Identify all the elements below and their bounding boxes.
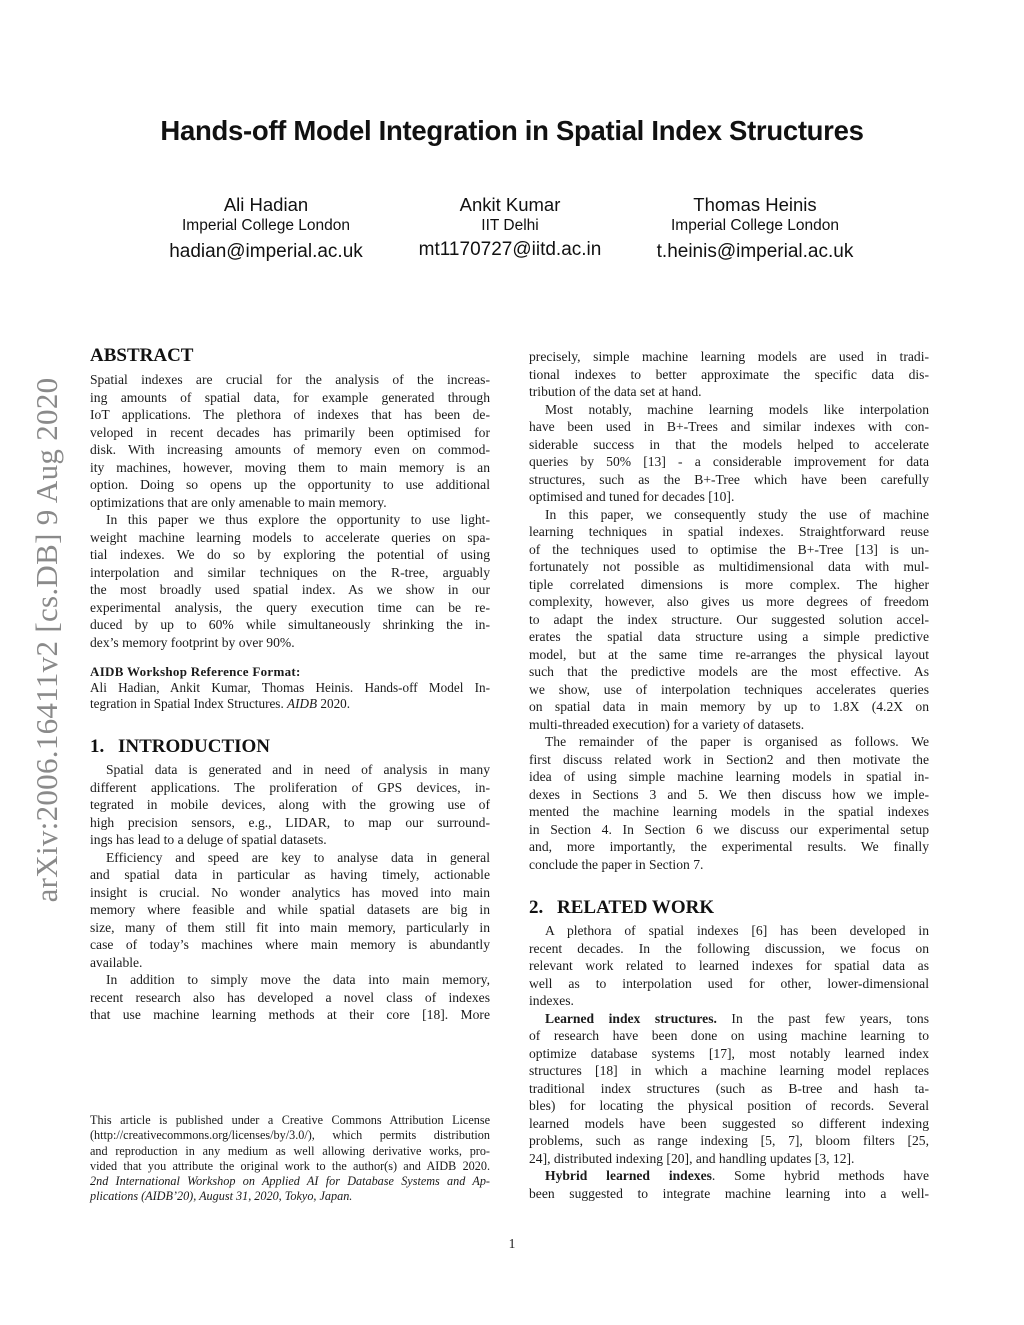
text-line: option. Doing so opens up the opportunit… [90,476,490,494]
text-line: veloped in recent decades has primarily … [90,424,490,442]
text-line: problems, such as range indexing [5, 7],… [529,1132,929,1150]
right-column: precisely, simple machine learning model… [529,348,929,1202]
text-line: mented the machine learning models in th… [529,803,929,821]
text-line: indexes. [529,992,929,1010]
text-line: This article is published under a Creati… [90,1113,490,1128]
paragraph-heading: Hybrid learned indexes [545,1168,712,1183]
text-line: different applications. The proliferatio… [90,779,490,797]
text-line: disk. With increasing amounts of memory … [90,441,490,459]
text-line: tribution of the data set at hand. [529,383,929,401]
text-line: bles) for locating the physical position… [529,1097,929,1115]
introduction-continued: precisely, simple machine learning model… [529,348,929,873]
text-line: IoT applications. The plethora of indexe… [90,406,490,424]
abstract-body: Spatial indexes are crucial for the anal… [90,371,490,651]
text-line: on spatial data in main memory by up to … [529,698,929,716]
author-email[interactable]: t.heinis@imperial.ac.uk [605,237,905,267]
text-line: In this paper we thus explore the opport… [90,511,490,529]
reference-format-heading: AIDB Workshop Reference Format: [90,663,490,680]
text-line: and, more importantly, the experimental … [529,838,929,856]
text-line: recent decades. In the following discuss… [529,940,929,958]
text-line: recent research also has developed a nov… [90,989,490,1007]
text-line: Most notably, machine learning models li… [529,401,929,419]
text-line: and reproduction in any medium as well a… [90,1144,490,1159]
text-line: erates the spatial data structure using … [529,628,929,646]
text-line: size, many of them still fit into main m… [90,919,490,937]
text-line: Efficiency and speed are key to analyse … [90,849,490,867]
text-line: tiple correlated dimensions is more comp… [529,576,929,594]
text-line: tial indexes. We do so by exploring the … [90,546,490,564]
arxiv-identifier-stamp: arXiv:2006.16411v2 [cs.DB] 9 Aug 2020 [29,378,65,903]
text-line: ity machines, however, moving them to ma… [90,459,490,477]
section-number: 1. [90,734,118,760]
text-line: A plethora of spatial indexes [6] has be… [529,922,929,940]
text-line: tegrated in mobile devices, along with t… [90,796,490,814]
text-line: 2nd International Workshop on Applied AI… [90,1174,490,1189]
left-column: ABSTRACT Spatial indexes are crucial for… [90,343,490,1024]
text-line: fortunately not possible as multidimensi… [529,558,929,576]
text-line: duced by up to 60% while simultaneously … [90,616,490,634]
venue-name: AIDB [287,696,317,711]
paper-title: Hands-off Model Integration in Spatial I… [0,115,1024,147]
text-line: we show, use of interpolation techniques… [529,681,929,699]
text-line: The remainder of the paper is organised … [529,733,929,751]
text-line: vided that you attribute the original wo… [90,1159,490,1174]
text-line: of the techniques used to optimise the B… [529,541,929,559]
introduction-heading: 1.INTRODUCTION [90,734,490,760]
text-line: tegration in Spatial Index Structures. A… [90,696,490,712]
text-line: optimised and tuned for decades [10]. [529,488,929,506]
text-line: available. [90,954,490,972]
section-title: INTRODUCTION [118,736,270,757]
text-line: optimizations that are only amenable to … [90,494,490,512]
text-line: learned models have been suggested so di… [529,1115,929,1133]
text-line: traditional index structures (such as B-… [529,1080,929,1098]
text-line: the most broadly used spatial index. As … [90,581,490,599]
text-line: In this paper, we consequently study the… [529,506,929,524]
text-line: Learned index structures. In the past fe… [529,1010,929,1028]
text-line: in Section 4. In Section 6 we discuss ou… [529,821,929,839]
section-number: 2. [529,895,557,921]
reference-text: tegration in Spatial Index Structures. [90,696,287,711]
text-line: first discuss related work in Section2 a… [529,751,929,769]
text-line: structures, such as the B+-Tree which ha… [529,471,929,489]
section-title: RELATED WORK [557,897,714,918]
text-line: been suggested to integrate machine lear… [529,1185,929,1203]
author-name: Thomas Heinis [605,193,905,217]
abstract-heading: ABSTRACT [90,343,490,369]
text-line: high precision sensors, e.g., LIDAR, to … [90,814,490,832]
text-line: conclude the paper in Section 7. [529,856,929,874]
text-line: memory where feasible and while spatial … [90,901,490,919]
text-line: well as to interpolation used for other,… [529,975,929,993]
author-block-3: Thomas Heinis Imperial College London t.… [605,193,905,267]
paragraph-heading: Learned index structures. [545,1011,717,1026]
text-line: Hybrid learned indexes. Some hybrid meth… [529,1167,929,1185]
page-number: 1 [0,1236,1024,1252]
text-line: ing amounts of spatial data, for example… [90,389,490,407]
copyright-footnote: This article is published under a Creati… [90,1113,490,1205]
paragraph-text: . Some hybrid methods have [712,1168,929,1183]
text-line: case of today’s machines where main memo… [90,936,490,954]
text-line: ings has lead to a deluge of spatial dat… [90,831,490,849]
text-line: optimize database systems [17], most not… [529,1045,929,1063]
text-line: such that the predictive models are the … [529,663,929,681]
text-line: dexes in Sections 3 and 5. We then discu… [529,786,929,804]
text-line: model, but at the same time re-arranges … [529,646,929,664]
text-line: and spatial data in particular as having… [90,866,490,884]
related-work-body: A plethora of spatial indexes [6] has be… [529,922,929,1202]
text-line: dex’s memory footprint by over 90%. [90,634,490,652]
text-line: precisely, simple machine learning model… [529,348,929,366]
text-line: siderable success in that the models hel… [529,436,929,454]
text-line: insight is crucial. No wonder analytics … [90,884,490,902]
text-line: of research have been done on using mach… [529,1027,929,1045]
reference-format: AIDB Workshop Reference Format: Ali Hadi… [90,663,490,712]
text-line: that use machine learning methods at the… [90,1006,490,1024]
text-line: multi-threaded execution) for a variety … [529,716,929,734]
text-line: to adapt the index structure. Our sugges… [529,611,929,629]
text-line: In addition to simply move the data into… [90,971,490,989]
text-line: learning techniques in spatial indexes. … [529,523,929,541]
author-affiliation: Imperial College London [605,217,905,235]
text-line: Spatial indexes are crucial for the anal… [90,371,490,389]
text-line: Ali Hadian, Ankit Kumar, Thomas Heinis. … [90,680,490,696]
text-line: relevant work related to learned indexes… [529,957,929,975]
text-line: interpolation and similar techniques on … [90,564,490,582]
related-work-heading: 2.RELATED WORK [529,895,929,921]
text-line: have been used in B+-Trees and similar i… [529,418,929,436]
text-line: structures [18] in which a machine learn… [529,1062,929,1080]
reference-year: 2020. [317,696,350,711]
license-link-line[interactable]: (http://creativecommons.org/licenses/by/… [90,1128,490,1143]
text-line: Spatial data is generated and in need of… [90,761,490,779]
text-line: tional indexes to better approximate the… [529,366,929,384]
paragraph-text: In the past few years, tons [717,1011,929,1026]
text-line: plications (AIDB’20), August 31, 2020, T… [90,1189,490,1204]
text-line: queries by 50% [13] - a considerable imp… [529,453,929,471]
text-line: 24], distributed indexing [20], and hand… [529,1150,929,1168]
text-line: complexity, however, also gives us more … [529,593,929,611]
text-line: weight machine learning models to accele… [90,529,490,547]
text-line: idea of using simple machine learning mo… [529,768,929,786]
text-line: experimental analysis, the query executi… [90,599,490,617]
introduction-body: Spatial data is generated and in need of… [90,761,490,1024]
